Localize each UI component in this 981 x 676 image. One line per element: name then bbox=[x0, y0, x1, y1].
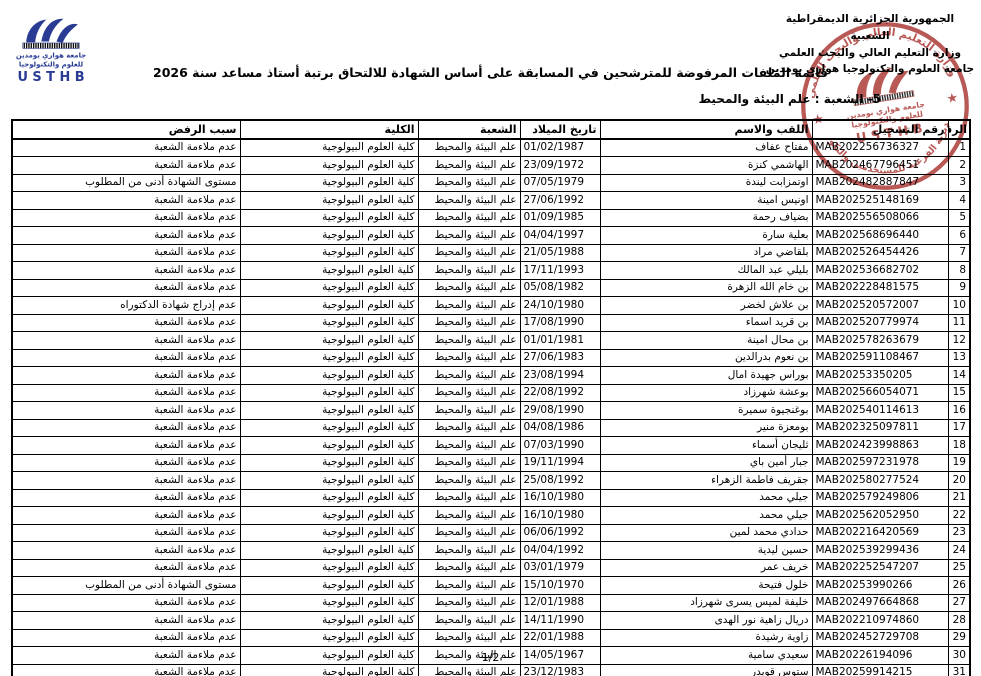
cell-registration-id: MAB202526454426 bbox=[812, 244, 948, 262]
cell-branch: علم البيئة والمحيط bbox=[418, 157, 520, 175]
cell-number: 23 bbox=[948, 524, 970, 542]
cell-full-name: بوراس جهيدة امال bbox=[600, 367, 812, 385]
cell-rejection-reason: عدم ملاءمة الشعبة bbox=[12, 349, 240, 367]
cell-faculty: كلية العلوم البيولوجية bbox=[240, 472, 418, 490]
cell-birth-date: 12/01/1988 bbox=[520, 594, 600, 612]
table-row: 5MAB202556508066بضياف رحمة01/09/1985علم … bbox=[12, 209, 970, 227]
table-header-row: الرقمرقم التسجيلاللقب والاسمتاريخ الميلا… bbox=[12, 120, 970, 139]
cell-branch: علم البيئة والمحيط bbox=[418, 507, 520, 525]
cell-rejection-reason: عدم ملاءمة الشعبة bbox=[12, 227, 240, 245]
cell-number: 14 bbox=[948, 367, 970, 385]
cell-number: 2 bbox=[948, 157, 970, 175]
cell-number: 12 bbox=[948, 332, 970, 350]
cell-faculty: كلية العلوم البيولوجية bbox=[240, 437, 418, 455]
cell-full-name: الهاشمي كنزة bbox=[600, 157, 812, 175]
usthb-logo: جامعة هواري بومدين للعلوم والتكنولوجيا U… bbox=[8, 12, 94, 100]
cell-rejection-reason: عدم ملاءمة الشعبة bbox=[12, 437, 240, 455]
cell-faculty: كلية العلوم البيولوجية bbox=[240, 209, 418, 227]
table-row: 21MAB202579249806جيلي محمد16/10/1980علم … bbox=[12, 489, 970, 507]
cell-full-name: خليفة لميس يسرى شهرزاد bbox=[600, 594, 812, 612]
cell-rejection-reason: عدم ملاءمة الشعبة bbox=[12, 262, 240, 280]
table-row: 13MAB202591108467بن نعوم بدرالدين27/06/1… bbox=[12, 349, 970, 367]
cell-number: 20 bbox=[948, 472, 970, 490]
cell-faculty: كلية العلوم البيولوجية bbox=[240, 279, 418, 297]
cell-number: 19 bbox=[948, 454, 970, 472]
cell-branch: علم البيئة والمحيط bbox=[418, 402, 520, 420]
cell-rejection-reason: مستوى الشهادة أدنى من المطلوب bbox=[12, 174, 240, 192]
table-row: 12MAB202578263679بن محال امينة01/01/1981… bbox=[12, 332, 970, 350]
cell-birth-date: 04/04/1992 bbox=[520, 542, 600, 560]
cell-registration-id: MAB202536682702 bbox=[812, 262, 948, 280]
table-body: 1MAB202256736327مفتاح عفاف01/02/1987علم … bbox=[12, 139, 970, 676]
cell-full-name: بلقاضي مراد bbox=[600, 244, 812, 262]
cell-branch: علم البيئة والمحيط bbox=[418, 489, 520, 507]
cell-number: 13 bbox=[948, 349, 970, 367]
cell-branch: علم البيئة والمحيط bbox=[418, 384, 520, 402]
cell-faculty: كلية العلوم البيولوجية bbox=[240, 542, 418, 560]
cell-full-name: بن محال امينة bbox=[600, 332, 812, 350]
cell-rejection-reason: عدم ملاءمة الشعبة bbox=[12, 314, 240, 332]
cell-branch: علم البيئة والمحيط bbox=[418, 262, 520, 280]
cell-full-name: بوغنجيوة سميرة bbox=[600, 402, 812, 420]
cell-full-name: جقريف فاطمة الزهراء bbox=[600, 472, 812, 490]
cell-faculty: كلية العلوم البيولوجية bbox=[240, 297, 418, 315]
table-row: 29MAB202452729708زاوية رشيدة22/01/1988عل… bbox=[12, 629, 970, 647]
cell-registration-id: MAB202520572007 bbox=[812, 297, 948, 315]
cell-full-name: اوتمزابت ليندة bbox=[600, 174, 812, 192]
cell-full-name: خريف عمر bbox=[600, 559, 812, 577]
cell-registration-id: MAB202556508066 bbox=[812, 209, 948, 227]
cell-number: 6 bbox=[948, 227, 970, 245]
cell-rejection-reason: عدم ملاءمة الشعبة bbox=[12, 664, 240, 676]
cell-registration-id: MAB202578263679 bbox=[812, 332, 948, 350]
cell-faculty: كلية العلوم البيولوجية bbox=[240, 489, 418, 507]
cell-number: 22 bbox=[948, 507, 970, 525]
cell-branch: علم البيئة والمحيط bbox=[418, 139, 520, 157]
cell-faculty: كلية العلوم البيولوجية bbox=[240, 384, 418, 402]
table-row: 27MAB202497664868خليفة لميس يسرى شهرزاد1… bbox=[12, 594, 970, 612]
cell-full-name: خلول فتيحة bbox=[600, 577, 812, 595]
cell-birth-date: 04/08/1986 bbox=[520, 419, 600, 437]
cell-registration-id: MAB202580277524 bbox=[812, 472, 948, 490]
cell-rejection-reason: عدم إدراج شهادة الدكتوراه bbox=[12, 297, 240, 315]
cell-registration-id: MAB202252547207 bbox=[812, 559, 948, 577]
cell-branch: علم البيئة والمحيط bbox=[418, 559, 520, 577]
cell-rejection-reason: عدم ملاءمة الشعبة bbox=[12, 507, 240, 525]
cell-number: 10 bbox=[948, 297, 970, 315]
cell-full-name: ثليجان أسماء bbox=[600, 437, 812, 455]
header-cell-birth-date: تاريخ الميلاد bbox=[520, 120, 600, 139]
header-cell-number: الرقم bbox=[948, 120, 970, 139]
cell-number: 18 bbox=[948, 437, 970, 455]
cell-registration-id: MAB202452729708 bbox=[812, 629, 948, 647]
cell-rejection-reason: عدم ملاءمة الشعبة bbox=[12, 384, 240, 402]
cell-rejection-reason: عدم ملاءمة الشعبة bbox=[12, 209, 240, 227]
cell-rejection-reason: عدم ملاءمة الشعبة bbox=[12, 157, 240, 175]
cell-full-name: بن علاش لخضر bbox=[600, 297, 812, 315]
cell-branch: علم البيئة والمحيط bbox=[418, 174, 520, 192]
cell-branch: علم البيئة والمحيط bbox=[418, 472, 520, 490]
cell-birth-date: 07/03/1990 bbox=[520, 437, 600, 455]
cell-registration-id: MAB202525148169 bbox=[812, 192, 948, 210]
cell-faculty: كلية العلوم البيولوجية bbox=[240, 332, 418, 350]
cell-rejection-reason: عدم ملاءمة الشعبة bbox=[12, 402, 240, 420]
cell-full-name: جيلي محمد bbox=[600, 489, 812, 507]
cell-faculty: كلية العلوم البيولوجية bbox=[240, 612, 418, 630]
table-row: 31MAB20259914215ستوس قويدر23/12/1983علم … bbox=[12, 664, 970, 676]
cell-full-name: بوعشة شهرزاد bbox=[600, 384, 812, 402]
cell-birth-date: 21/05/1988 bbox=[520, 244, 600, 262]
cell-birth-date: 01/02/1987 bbox=[520, 139, 600, 157]
cell-faculty: كلية العلوم البيولوجية bbox=[240, 507, 418, 525]
cell-branch: علم البيئة والمحيط bbox=[418, 332, 520, 350]
cell-branch: علم البيئة والمحيط bbox=[418, 542, 520, 560]
cell-faculty: كلية العلوم البيولوجية bbox=[240, 577, 418, 595]
cell-faculty: كلية العلوم البيولوجية bbox=[240, 454, 418, 472]
cell-number: 7 bbox=[948, 244, 970, 262]
cell-birth-date: 14/11/1990 bbox=[520, 612, 600, 630]
cell-faculty: كلية العلوم البيولوجية bbox=[240, 629, 418, 647]
cell-faculty: كلية العلوم البيولوجية bbox=[240, 349, 418, 367]
cell-rejection-reason: عدم ملاءمة الشعبة bbox=[12, 594, 240, 612]
table-row: 17MAB202325097811بومعزة منير04/08/1986عل… bbox=[12, 419, 970, 437]
cell-branch: علم البيئة والمحيط bbox=[418, 419, 520, 437]
cell-birth-date: 19/11/1994 bbox=[520, 454, 600, 472]
cell-registration-id: MAB20253350205 bbox=[812, 367, 948, 385]
cell-registration-id: MAB202228481575 bbox=[812, 279, 948, 297]
cell-faculty: كلية العلوم البيولوجية bbox=[240, 664, 418, 676]
cell-rejection-reason: عدم ملاءمة الشعبة bbox=[12, 559, 240, 577]
cell-full-name: بن خام الله الزهرة bbox=[600, 279, 812, 297]
table-row: 16MAB202540114613بوغنجيوة سميرة29/08/199… bbox=[12, 402, 970, 420]
cell-number: 4 bbox=[948, 192, 970, 210]
cell-full-name: بن نعوم بدرالدين bbox=[600, 349, 812, 367]
cell-number: 11 bbox=[948, 314, 970, 332]
cell-rejection-reason: عدم ملاءمة الشعبة bbox=[12, 542, 240, 560]
cell-rejection-reason: عدم ملاءمة الشعبة bbox=[12, 524, 240, 542]
cell-rejection-reason: عدم ملاءمة الشعبة bbox=[12, 454, 240, 472]
cell-registration-id: MAB202423998863 bbox=[812, 437, 948, 455]
cell-birth-date: 16/10/1980 bbox=[520, 489, 600, 507]
cell-number: 1 bbox=[948, 139, 970, 157]
cell-faculty: كلية العلوم البيولوجية bbox=[240, 157, 418, 175]
table-row: 20MAB202580277524جقريف فاطمة الزهراء25/0… bbox=[12, 472, 970, 490]
header-cell-registration-id: رقم التسجيل bbox=[812, 120, 948, 139]
cell-branch: علم البيئة والمحيط bbox=[418, 314, 520, 332]
cell-birth-date: 24/10/1980 bbox=[520, 297, 600, 315]
cell-branch: علم البيئة والمحيط bbox=[418, 244, 520, 262]
cell-birth-date: 27/06/1983 bbox=[520, 349, 600, 367]
cell-branch: علم البيئة والمحيط bbox=[418, 577, 520, 595]
cell-branch: علم البيئة والمحيط bbox=[418, 612, 520, 630]
cell-registration-id: MAB202325097811 bbox=[812, 419, 948, 437]
cell-full-name: جبار أمين باي bbox=[600, 454, 812, 472]
cell-registration-id: MAB202591108467 bbox=[812, 349, 948, 367]
cell-registration-id: MAB202210974860 bbox=[812, 612, 948, 630]
cell-registration-id: MAB202497664868 bbox=[812, 594, 948, 612]
cell-branch: علم البيئة والمحيط bbox=[418, 629, 520, 647]
cell-birth-date: 23/12/1983 bbox=[520, 664, 600, 676]
table-row: 7MAB202526454426بلقاضي مراد21/05/1988علم… bbox=[12, 244, 970, 262]
cell-number: 17 bbox=[948, 419, 970, 437]
cell-rejection-reason: عدم ملاءمة الشعبة bbox=[12, 419, 240, 437]
table-row: 1MAB202256736327مفتاح عفاف01/02/1987علم … bbox=[12, 139, 970, 157]
cell-branch: علم البيئة والمحيط bbox=[418, 297, 520, 315]
cell-branch: علم البيئة والمحيط bbox=[418, 664, 520, 676]
cell-registration-id: MAB20253990266 bbox=[812, 577, 948, 595]
cell-rejection-reason: عدم ملاءمة الشعبة bbox=[12, 192, 240, 210]
cell-branch: علم البيئة والمحيط bbox=[418, 594, 520, 612]
cell-rejection-reason: عدم ملاءمة الشعبة bbox=[12, 244, 240, 262]
table-row: 14MAB20253350205بوراس جهيدة امال23/08/19… bbox=[12, 367, 970, 385]
cell-birth-date: 07/05/1979 bbox=[520, 174, 600, 192]
stamp-star-right-icon: ★ bbox=[946, 90, 960, 107]
cell-branch: علم البيئة والمحيط bbox=[418, 209, 520, 227]
cell-registration-id: MAB202597231978 bbox=[812, 454, 948, 472]
page-title: قائمة الملفات المرفوضة للمترشحين في المس… bbox=[0, 65, 981, 80]
cell-branch: علم البيئة والمحيط bbox=[418, 367, 520, 385]
header-cell-branch: الشعبة bbox=[418, 120, 520, 139]
header-ministry-line: وزارة التعليم العالي والبحث العلمي bbox=[765, 45, 975, 62]
cell-branch: علم البيئة والمحيط bbox=[418, 192, 520, 210]
cell-number: 27 bbox=[948, 594, 970, 612]
table-row: 3MAB202482887847اوتمزابت ليندة07/05/1979… bbox=[12, 174, 970, 192]
cell-birth-date: 23/08/1994 bbox=[520, 367, 600, 385]
cell-number: 5 bbox=[948, 209, 970, 227]
cell-birth-date: 22/01/1988 bbox=[520, 629, 600, 647]
table-row: 4MAB202525148169اونيس امينة27/06/1992علم… bbox=[12, 192, 970, 210]
table-row: 19MAB202597231978جبار أمين باي19/11/1994… bbox=[12, 454, 970, 472]
table-row: 2MAB202467796451الهاشمي كنزة23/09/1972عل… bbox=[12, 157, 970, 175]
cell-registration-id: MAB202539299436 bbox=[812, 542, 948, 560]
cell-birth-date: 06/06/1992 bbox=[520, 524, 600, 542]
cell-number: 29 bbox=[948, 629, 970, 647]
cell-rejection-reason: عدم ملاءمة الشعبة bbox=[12, 332, 240, 350]
table-row: 18MAB202423998863ثليجان أسماء07/03/1990ع… bbox=[12, 437, 970, 455]
cell-registration-id: MAB202562052950 bbox=[812, 507, 948, 525]
page-number: 1/2 bbox=[0, 651, 981, 664]
cell-birth-date: 16/10/1980 bbox=[520, 507, 600, 525]
cell-rejection-reason: عدم ملاءمة الشعبة bbox=[12, 612, 240, 630]
cell-number: 26 bbox=[948, 577, 970, 595]
table-row: 26MAB20253990266خلول فتيحة15/10/1970علم … bbox=[12, 577, 970, 595]
cell-full-name: بضياف رحمة bbox=[600, 209, 812, 227]
cell-branch: علم البيئة والمحيط bbox=[418, 524, 520, 542]
cell-faculty: كلية العلوم البيولوجية bbox=[240, 559, 418, 577]
cell-registration-id: MAB202520779974 bbox=[812, 314, 948, 332]
cell-birth-date: 17/08/1990 bbox=[520, 314, 600, 332]
cell-full-name: حسين ليدية bbox=[600, 542, 812, 560]
cell-birth-date: 29/08/1990 bbox=[520, 402, 600, 420]
cell-full-name: بعلية سارة bbox=[600, 227, 812, 245]
cell-birth-date: 01/09/1985 bbox=[520, 209, 600, 227]
cell-faculty: كلية العلوم البيولوجية bbox=[240, 244, 418, 262]
cell-faculty: كلية العلوم البيولوجية bbox=[240, 419, 418, 437]
cell-faculty: كلية العلوم البيولوجية bbox=[240, 139, 418, 157]
table-row: 8MAB202536682702بليلي عبد المالك17/11/19… bbox=[12, 262, 970, 280]
cell-birth-date: 15/10/1970 bbox=[520, 577, 600, 595]
cell-number: 9 bbox=[948, 279, 970, 297]
branch-subtitle: 5- الشعبة : علم البيئة والمحيط bbox=[699, 92, 881, 106]
cell-full-name: بليلي عبد المالك bbox=[600, 262, 812, 280]
cell-registration-id: MAB202540114613 bbox=[812, 402, 948, 420]
cell-faculty: كلية العلوم البيولوجية bbox=[240, 524, 418, 542]
cell-full-name: اونيس امينة bbox=[600, 192, 812, 210]
table-row: 10MAB202520572007بن علاش لخضر24/10/1980ع… bbox=[12, 297, 970, 315]
cell-branch: علم البيئة والمحيط bbox=[418, 349, 520, 367]
cell-full-name: ستوس قويدر bbox=[600, 664, 812, 676]
table-row: 25MAB202252547207خريف عمر03/01/1979علم ا… bbox=[12, 559, 970, 577]
cell-birth-date: 27/06/1992 bbox=[520, 192, 600, 210]
cell-full-name: جيلي محمد bbox=[600, 507, 812, 525]
cell-registration-id: MAB20259914215 bbox=[812, 664, 948, 676]
cell-birth-date: 25/08/1992 bbox=[520, 472, 600, 490]
cell-branch: علم البيئة والمحيط bbox=[418, 227, 520, 245]
cell-branch: علم البيئة والمحيط bbox=[418, 437, 520, 455]
table-row: 28MAB202210974860دريال زاهية نور الهدى14… bbox=[12, 612, 970, 630]
cell-registration-id: MAB202568696440 bbox=[812, 227, 948, 245]
cell-number: 3 bbox=[948, 174, 970, 192]
cell-registration-id: MAB202566054071 bbox=[812, 384, 948, 402]
cell-rejection-reason: مستوى الشهادة أدنى من المطلوب bbox=[12, 577, 240, 595]
cell-full-name: زاوية رشيدة bbox=[600, 629, 812, 647]
cell-registration-id: MAB202579249806 bbox=[812, 489, 948, 507]
table-row: 15MAB202566054071بوعشة شهرزاد22/08/1992ع… bbox=[12, 384, 970, 402]
cell-branch: علم البيئة والمحيط bbox=[418, 454, 520, 472]
table-row: 9MAB202228481575بن خام الله الزهرة05/08/… bbox=[12, 279, 970, 297]
cell-rejection-reason: عدم ملاءمة الشعبة bbox=[12, 489, 240, 507]
cell-rejection-reason: عدم ملاءمة الشعبة bbox=[12, 629, 240, 647]
cell-full-name: مفتاح عفاف bbox=[600, 139, 812, 157]
cell-birth-date: 01/01/1981 bbox=[520, 332, 600, 350]
rejected-candidates-table: الرقمرقم التسجيلاللقب والاسمتاريخ الميلا… bbox=[11, 119, 971, 676]
cell-registration-id: MAB202216420569 bbox=[812, 524, 948, 542]
cell-rejection-reason: عدم ملاءمة الشعبة bbox=[12, 139, 240, 157]
document-page: جامعة هواري بومدين للعلوم والتكنولوجيا U… bbox=[0, 0, 981, 676]
cell-number: 21 bbox=[948, 489, 970, 507]
header-cell-rejection-reason: سبب الرفض bbox=[12, 120, 240, 139]
header-republic-line: الجمهورية الجزائرية الديمقراطية الشعبية bbox=[765, 11, 975, 45]
cell-birth-date: 04/04/1997 bbox=[520, 227, 600, 245]
cell-number: 8 bbox=[948, 262, 970, 280]
table-row: 24MAB202539299436حسين ليدية04/04/1992علم… bbox=[12, 542, 970, 560]
table-row: 23MAB202216420569حدادي محمد لمين06/06/19… bbox=[12, 524, 970, 542]
cell-number: 31 bbox=[948, 664, 970, 676]
cell-registration-id: MAB202482887847 bbox=[812, 174, 948, 192]
header-cell-full-name: اللقب والاسم bbox=[600, 120, 812, 139]
cell-full-name: حدادي محمد لمين bbox=[600, 524, 812, 542]
cell-rejection-reason: عدم ملاءمة الشعبة bbox=[12, 367, 240, 385]
cell-birth-date: 22/08/1992 bbox=[520, 384, 600, 402]
table-row: 22MAB202562052950جيلي محمد16/10/1980علم … bbox=[12, 507, 970, 525]
cell-number: 25 bbox=[948, 559, 970, 577]
cell-birth-date: 05/08/1982 bbox=[520, 279, 600, 297]
cell-birth-date: 17/11/1993 bbox=[520, 262, 600, 280]
cell-faculty: كلية العلوم البيولوجية bbox=[240, 192, 418, 210]
cell-registration-id: MAB202467796451 bbox=[812, 157, 948, 175]
cell-faculty: كلية العلوم البيولوجية bbox=[240, 367, 418, 385]
cell-number: 24 bbox=[948, 542, 970, 560]
table-row: 11MAB202520779974بن قريد اسماء17/08/1990… bbox=[12, 314, 970, 332]
cell-rejection-reason: عدم ملاءمة الشعبة bbox=[12, 279, 240, 297]
cell-faculty: كلية العلوم البيولوجية bbox=[240, 227, 418, 245]
cell-faculty: كلية العلوم البيولوجية bbox=[240, 262, 418, 280]
cell-registration-id: MAB202256736327 bbox=[812, 139, 948, 157]
cell-branch: علم البيئة والمحيط bbox=[418, 279, 520, 297]
cell-birth-date: 23/09/1972 bbox=[520, 157, 600, 175]
cell-birth-date: 03/01/1979 bbox=[520, 559, 600, 577]
cell-full-name: دريال زاهية نور الهدى bbox=[600, 612, 812, 630]
table-row: 6MAB202568696440بعلية سارة04/04/1997علم … bbox=[12, 227, 970, 245]
usthb-logo-emblem bbox=[23, 19, 79, 49]
cell-number: 16 bbox=[948, 402, 970, 420]
cell-number: 15 bbox=[948, 384, 970, 402]
cell-faculty: كلية العلوم البيولوجية bbox=[240, 594, 418, 612]
cell-faculty: كلية العلوم البيولوجية bbox=[240, 174, 418, 192]
cell-faculty: كلية العلوم البيولوجية bbox=[240, 402, 418, 420]
cell-number: 28 bbox=[948, 612, 970, 630]
usthb-logo-arabic-line1: جامعة هواري بومدين bbox=[16, 52, 86, 60]
cell-full-name: بن قريد اسماء bbox=[600, 314, 812, 332]
header-cell-faculty: الكلية bbox=[240, 120, 418, 139]
cell-full-name: بومعزة منير bbox=[600, 419, 812, 437]
cell-faculty: كلية العلوم البيولوجية bbox=[240, 314, 418, 332]
cell-rejection-reason: عدم ملاءمة الشعبة bbox=[12, 472, 240, 490]
